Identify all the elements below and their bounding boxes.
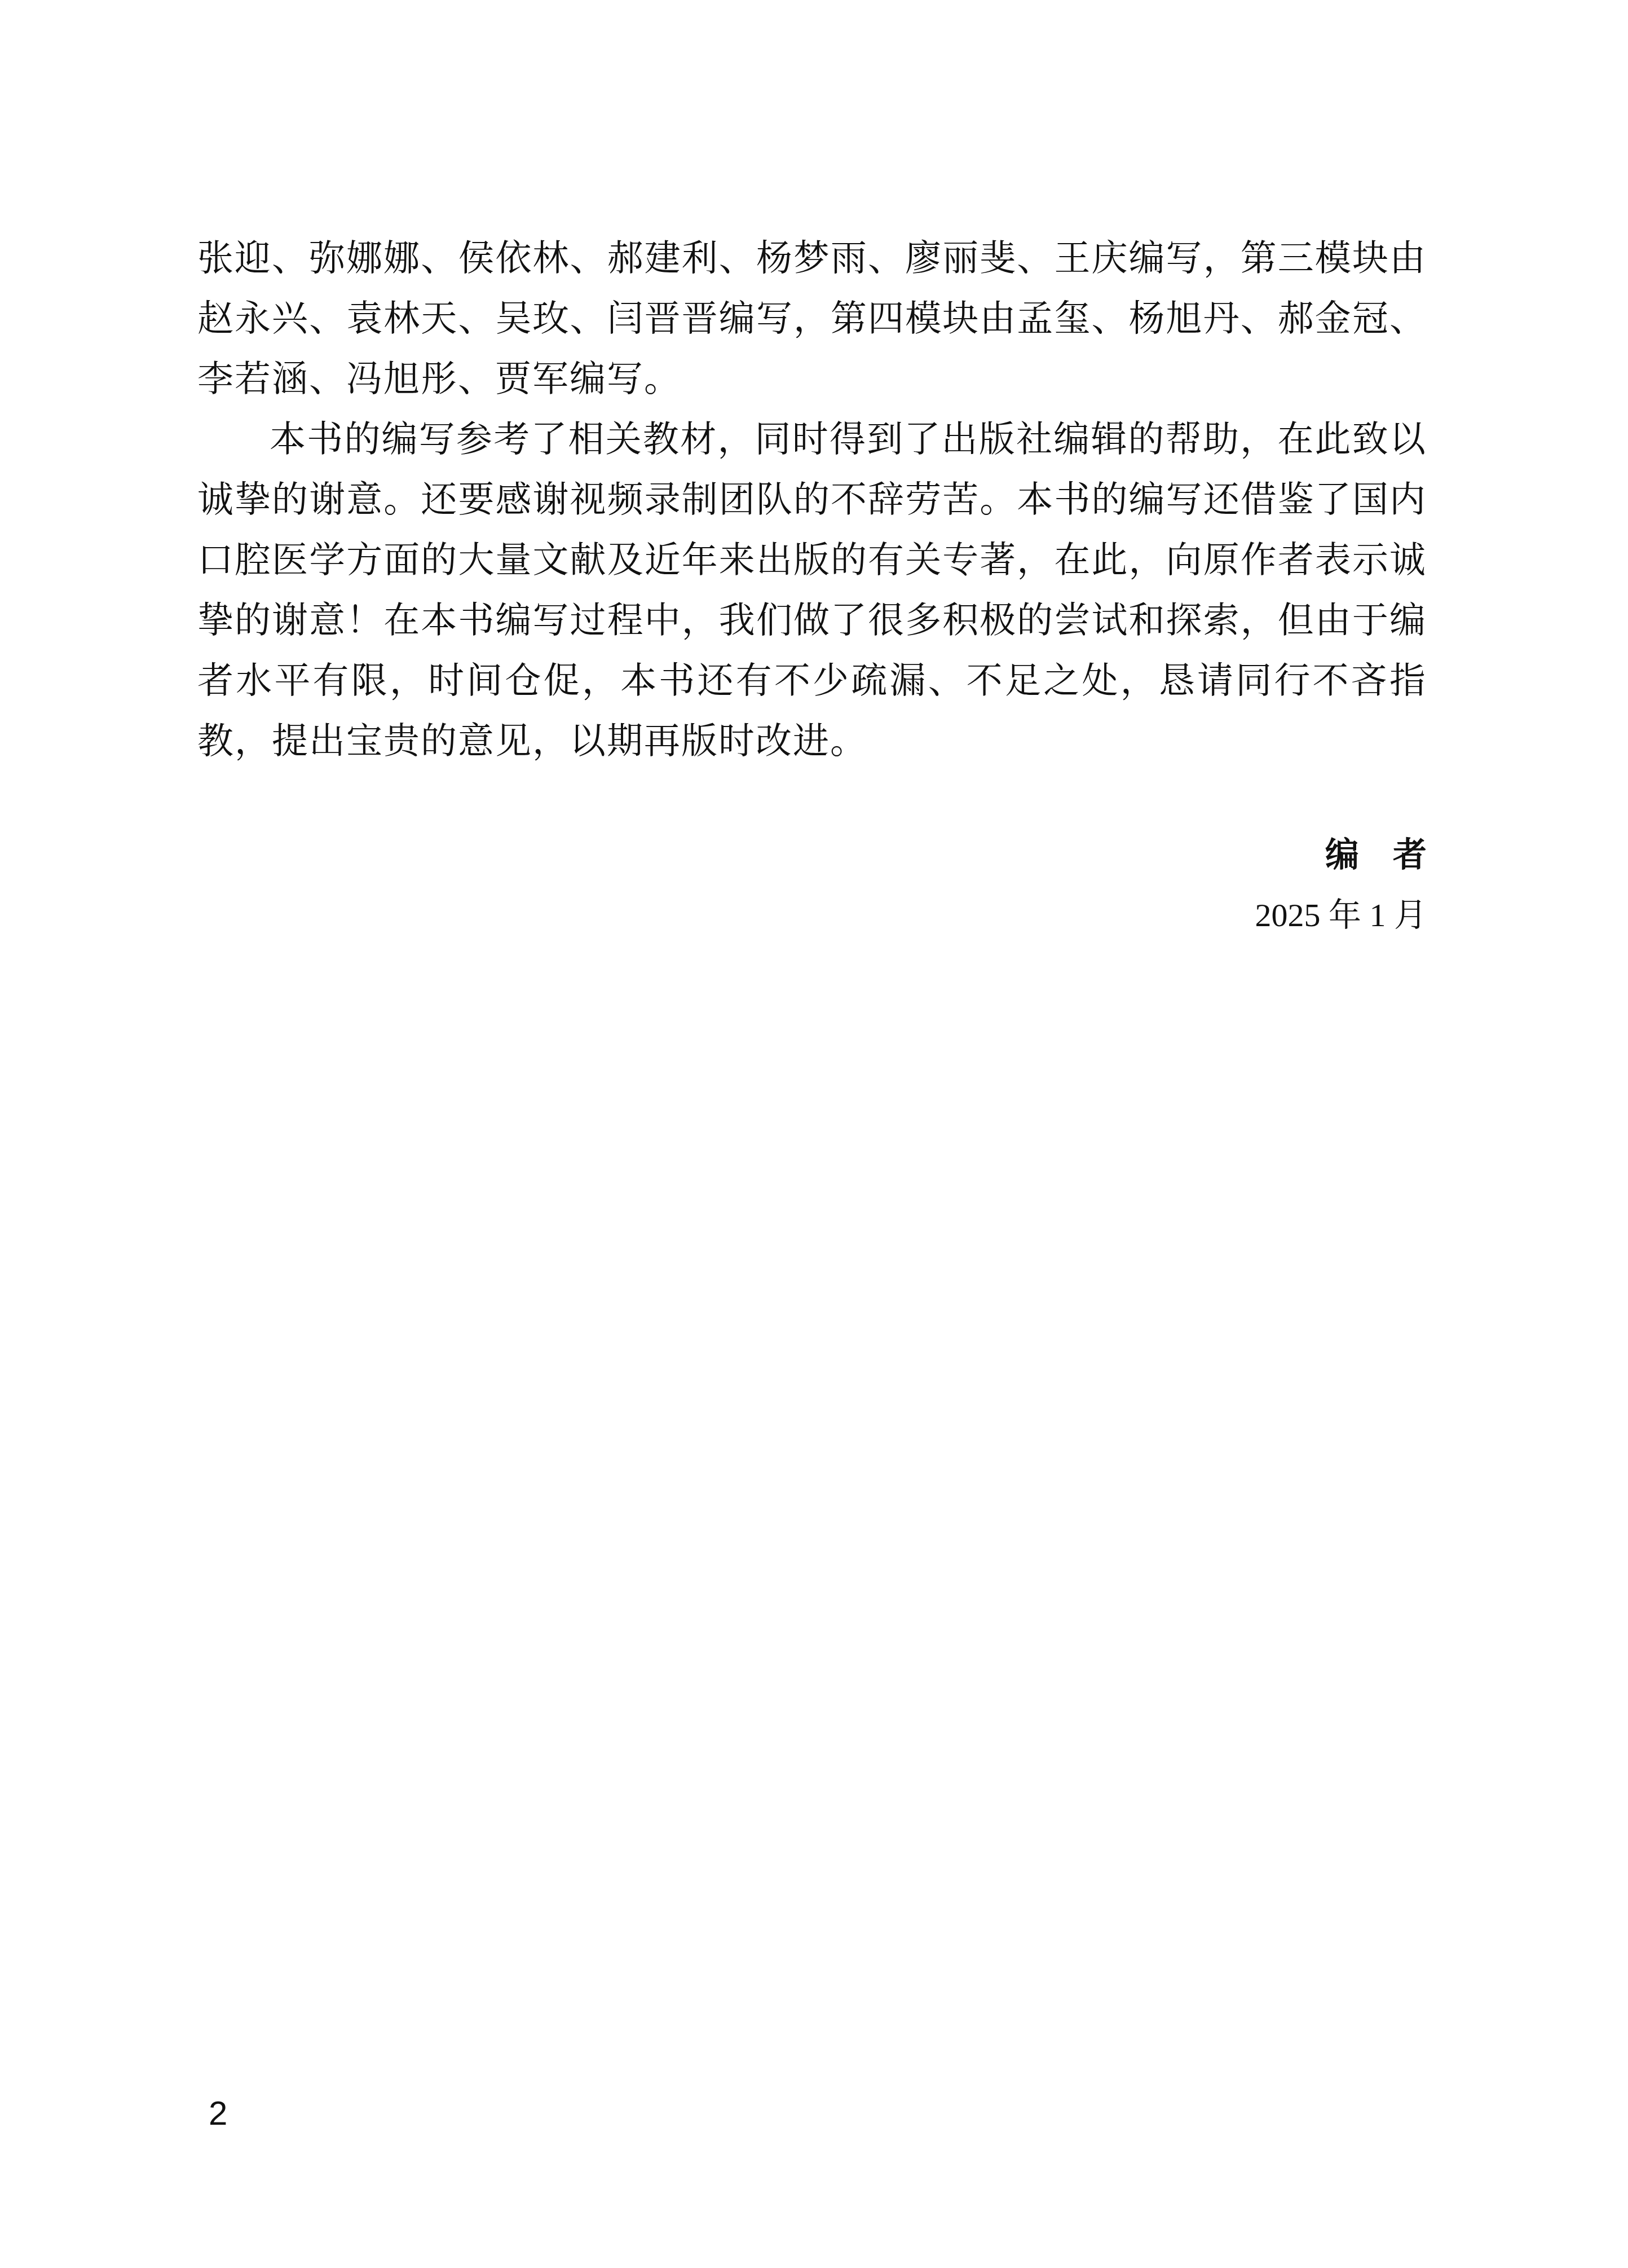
page-number: 2	[209, 2094, 227, 2133]
signature: 编者	[1325, 828, 1461, 877]
date: 2025 年 1 月	[1255, 888, 1427, 936]
paragraph-authors: 张迎、弥娜娜、侯依林、郝建利、杨梦雨、廖丽斐、王庆编写，第三模块由赵永兴、袁林天…	[197, 228, 1427, 409]
body-text: 张迎、弥娜娜、侯依林、郝建利、杨梦雨、廖丽斐、王庆编写，第三模块由赵永兴、袁林天…	[197, 228, 1427, 772]
document-page: 张迎、弥娜娜、侯依林、郝建利、杨梦雨、廖丽斐、王庆编写，第三模块由赵永兴、袁林天…	[0, 0, 1628, 2268]
paragraph-acknowledgements: 本书的编写参考了相关教材，同时得到了出版社编辑的帮助，在此致以诚挚的谢意。还要感…	[197, 409, 1427, 772]
